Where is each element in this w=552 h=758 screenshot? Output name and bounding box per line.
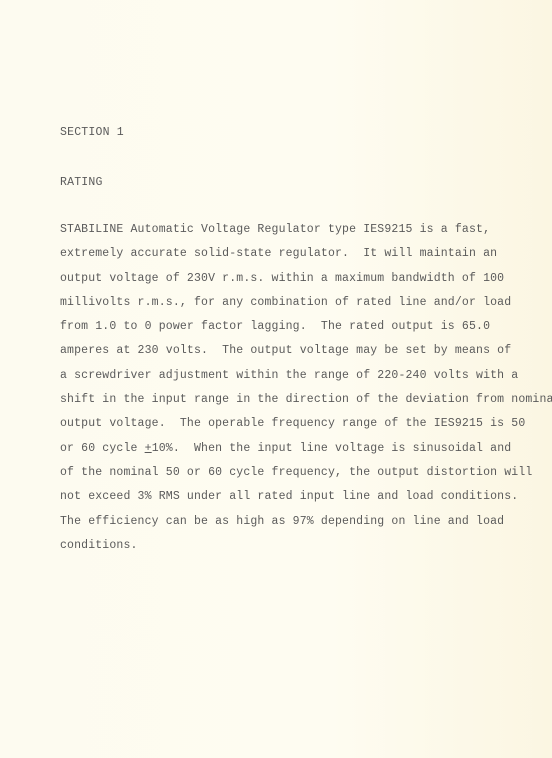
- text-line: The efficiency can be as high as 97% dep…: [60, 515, 552, 539]
- document-page: SECTION 1 RATING STABILINE Automatic Vol…: [0, 0, 552, 758]
- text-line: output voltage of 230V r.m.s. within a m…: [60, 272, 552, 296]
- text-line: STABILINE Automatic Voltage Regulator ty…: [60, 223, 552, 247]
- text-line: from 1.0 to 0 power factor lagging. The …: [60, 320, 552, 344]
- text-segment: or 60 cycle: [60, 442, 145, 455]
- rating-paragraph: STABILINE Automatic Voltage Regulator ty…: [60, 223, 552, 563]
- text-line: millivolts r.m.s., for any combination o…: [60, 296, 552, 320]
- section-number: SECTION 1: [60, 126, 124, 139]
- text-line: extremely accurate solid-state regulator…: [60, 247, 552, 271]
- plus-minus-sign: +: [145, 442, 152, 455]
- text-line: output voltage. The operable frequency r…: [60, 417, 552, 441]
- text-line: shift in the input range in the directio…: [60, 393, 552, 417]
- text-line: amperes at 230 volts. The output voltage…: [60, 344, 552, 368]
- text-segment: 10%. When the input line voltage is sinu…: [152, 442, 512, 455]
- section-heading: RATING: [60, 176, 103, 189]
- text-line: or 60 cycle +10%. When the input line vo…: [60, 442, 552, 466]
- text-line: conditions.: [60, 539, 552, 563]
- text-line: not exceed 3% RMS under all rated input …: [60, 490, 552, 514]
- text-line: a screwdriver adjustment within the rang…: [60, 369, 552, 393]
- text-line: of the nominal 50 or 60 cycle frequency,…: [60, 466, 552, 490]
